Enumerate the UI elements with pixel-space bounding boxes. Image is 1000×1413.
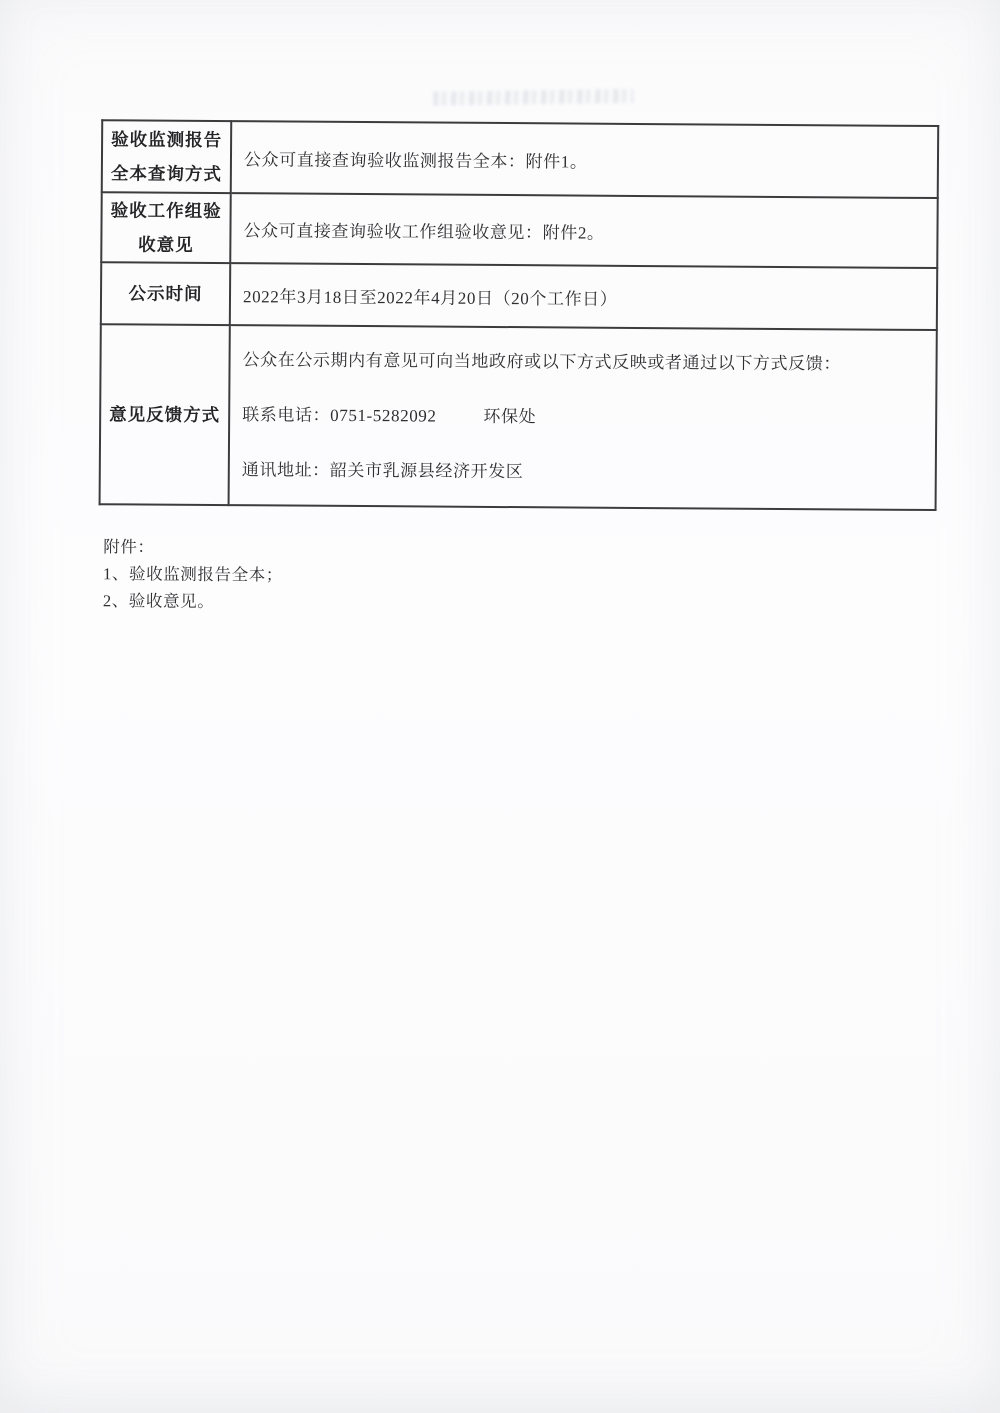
row-label-line: 验收工作组验 — [102, 193, 229, 228]
row-label-line: 收意见 — [102, 227, 229, 262]
row-content-feedback-method: 公众在公示期内有意见可向当地政府或以下方式反映或者通过以下方式反馈： 联系电话：… — [229, 325, 937, 510]
row-label-feedback-method: 意见反馈方式 — [100, 324, 230, 505]
attachment-item-1: 1、验收监测报告全本； — [103, 560, 283, 588]
public-notice-info-table: 验收监测报告 全本查询方式 公众可直接查询验收监测报告全本：附件1。 验收工作组… — [99, 119, 940, 511]
scanned-document-page: 验收监测报告 全本查询方式 公众可直接查询验收监测报告全本：附件1。 验收工作组… — [2, 0, 1000, 3]
feedback-intro-line: 公众在公示期内有意见可向当地政府或以下方式反映或者通过以下方式反馈： — [242, 349, 925, 376]
row-label-line: 全本查询方式 — [103, 156, 230, 191]
row-label-report-query: 验收监测报告 全本查询方式 — [102, 120, 231, 193]
table-row-notice-period: 公示时间 2022年3月18日至2022年4月20日（20个工作日） — [101, 262, 937, 330]
table-row-feedback-method: 意见反馈方式 公众在公示期内有意见可向当地政府或以下方式反映或者通过以下方式反馈… — [100, 324, 937, 510]
ink-bleed-through-artifact — [433, 89, 633, 106]
row-label-workgroup-opinion: 验收工作组验 收意见 — [101, 192, 230, 263]
table-row-workgroup-opinion: 验收工作组验 收意见 公众可直接查询验收工作组验收意见：附件2。 — [101, 192, 937, 268]
attachments-section: 附件： 1、验收监测报告全本； 2、验收意见。 — [103, 533, 283, 615]
contact-department: 环保处 — [483, 406, 536, 428]
contact-phone: 联系电话：0751-5282092 — [242, 405, 437, 425]
feedback-address-line: 通讯地址：韶关市乳源县经济开发区 — [242, 459, 925, 486]
table-row-report-query: 验收监测报告 全本查询方式 公众可直接查询验收监测报告全本：附件1。 — [102, 120, 938, 198]
attachments-heading: 附件： — [103, 533, 283, 561]
row-label-line: 验收监测报告 — [103, 122, 230, 157]
row-content-report-query: 公众可直接查询验收监测报告全本：附件1。 — [231, 121, 938, 198]
feedback-phone-line: 联系电话：0751-5282092 环保处 — [242, 404, 925, 431]
attachment-item-2: 2、验收意见。 — [103, 587, 283, 615]
row-content-workgroup-opinion: 公众可直接查询验收工作组验收意见：附件2。 — [230, 193, 937, 268]
row-content-notice-period: 2022年3月18日至2022年4月20日（20个工作日） — [230, 263, 937, 330]
row-label-notice-period: 公示时间 — [101, 262, 230, 325]
